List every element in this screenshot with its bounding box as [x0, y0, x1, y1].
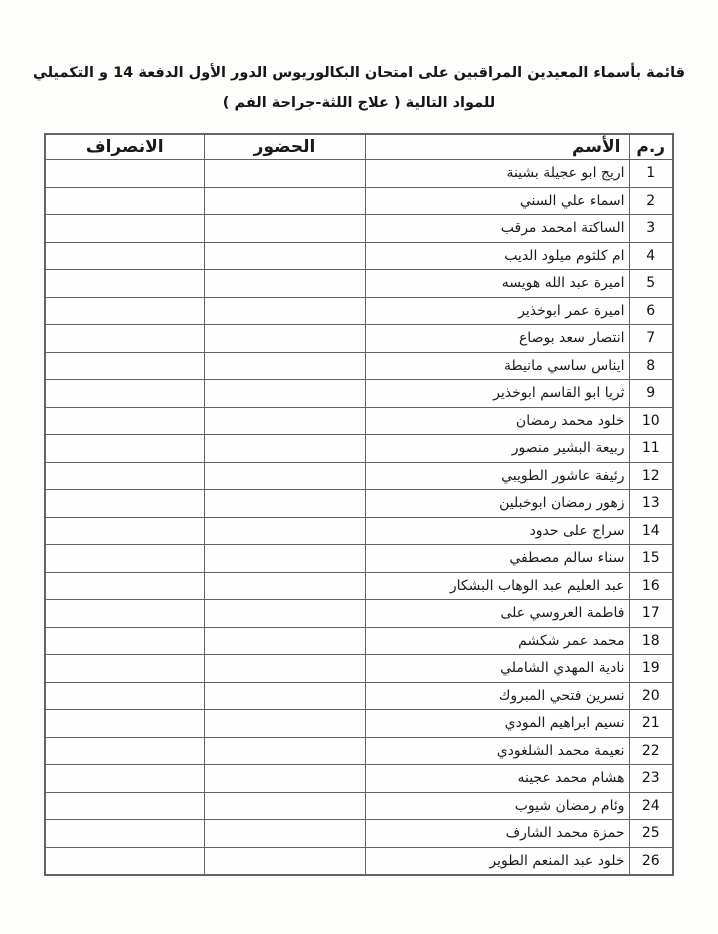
attendance-cell — [204, 187, 365, 215]
table-row: 22 نعيمة محمد الشلغودي — [45, 737, 673, 765]
attendance-cell — [204, 792, 365, 820]
table-row: 13 زهور رمضان ابوخبلين — [45, 490, 673, 518]
table-row: 11 ربيعة البشير منصور — [45, 435, 673, 463]
name-cell: زهور رمضان ابوخبلين — [365, 490, 629, 518]
row-number-cell: 11 — [629, 435, 673, 463]
attendance-cell — [204, 435, 365, 463]
name-cell: اسماء علي السني — [365, 187, 629, 215]
name-cell: ام كلثوم ميلود الديب — [365, 242, 629, 270]
name-cell: سناء سالم مصطفي — [365, 545, 629, 573]
attendance-cell — [204, 242, 365, 270]
row-number-cell: 3 — [629, 215, 673, 243]
row-number-cell: 19 — [629, 655, 673, 683]
departure-cell — [45, 407, 204, 435]
attendance-cell — [204, 655, 365, 683]
departure-cell — [45, 847, 204, 875]
departure-cell — [45, 792, 204, 820]
departure-cell — [45, 297, 204, 325]
table-row: 24 وئام رمضان شيوب — [45, 792, 673, 820]
departure-cell — [45, 462, 204, 490]
departure-cell — [45, 490, 204, 518]
table-row: 8 ايناس ساسي مانيطة — [45, 352, 673, 380]
departure-cell — [45, 325, 204, 353]
table-row: 2 اسماء علي السني — [45, 187, 673, 215]
name-cell: نسيم ابراهيم المودي — [365, 710, 629, 738]
departure-cell — [45, 737, 204, 765]
attendance-cell — [204, 820, 365, 848]
row-number-cell: 10 — [629, 407, 673, 435]
name-cell: اميرة عمر ابوخذير — [365, 297, 629, 325]
departure-cell — [45, 215, 204, 243]
attendance-cell — [204, 380, 365, 408]
table-row: 4 ام كلثوم ميلود الديب — [45, 242, 673, 270]
departure-cell — [45, 270, 204, 298]
name-cell: خلود محمد رمضان — [365, 407, 629, 435]
departure-cell — [45, 627, 204, 655]
attendance-cell — [204, 847, 365, 875]
table-row: 16 عبد العليم عبد الوهاب البشكار — [45, 572, 673, 600]
table-row: 19 نادية المهدي الشاملي — [45, 655, 673, 683]
attendance-cell — [204, 462, 365, 490]
row-number-cell: 9 — [629, 380, 673, 408]
departure-cell — [45, 435, 204, 463]
name-cell: نعيمة محمد الشلغودي — [365, 737, 629, 765]
name-cell: ثريا ابو القاسم ابوخذير — [365, 380, 629, 408]
row-number-cell: 1 — [629, 160, 673, 188]
name-cell: انتصار سعد بوصاع — [365, 325, 629, 353]
table-row: 10 خلود محمد رمضان — [45, 407, 673, 435]
table-row: 12 رئيفة عاشور الطويبي — [45, 462, 673, 490]
name-cell: سراج على حدود — [365, 517, 629, 545]
attendance-cell — [204, 710, 365, 738]
row-number-cell: 20 — [629, 682, 673, 710]
table-row: 25 حمزة محمد الشارف — [45, 820, 673, 848]
name-cell: نسرين فتحي المبروك — [365, 682, 629, 710]
name-cell: محمد عمر شكشم — [365, 627, 629, 655]
row-number-cell: 26 — [629, 847, 673, 875]
departure-cell — [45, 820, 204, 848]
departure-cell — [45, 545, 204, 573]
attendance-cell — [204, 490, 365, 518]
departure-cell — [45, 765, 204, 793]
departure-cell — [45, 572, 204, 600]
row-number-cell: 8 — [629, 352, 673, 380]
row-number-cell: 16 — [629, 572, 673, 600]
roster-table-body: 1 اريج ابو عجيلة بشينة 2 اسماء علي السني… — [45, 160, 673, 876]
departure-cell — [45, 710, 204, 738]
attendance-cell — [204, 270, 365, 298]
row-number-cell: 5 — [629, 270, 673, 298]
attendance-cell — [204, 352, 365, 380]
attendance-cell — [204, 297, 365, 325]
row-number-cell: 24 — [629, 792, 673, 820]
attendance-cell — [204, 545, 365, 573]
name-cell: نادية المهدي الشاملي — [365, 655, 629, 683]
table-row: 18 محمد عمر شكشم — [45, 627, 673, 655]
name-cell: عبد العليم عبد الوهاب البشكار — [365, 572, 629, 600]
row-number-cell: 13 — [629, 490, 673, 518]
attendance-cell — [204, 407, 365, 435]
table-row: 1 اريج ابو عجيلة بشينة — [45, 160, 673, 188]
scanned-document-page: قائمة بأسماء المعيدين المراقبين على امتح… — [0, 0, 718, 934]
row-number-cell: 22 — [629, 737, 673, 765]
column-header-attendance: الحضور — [204, 134, 365, 160]
row-number-cell: 4 — [629, 242, 673, 270]
table-row: 26 خلود عبد المنعم الطوير — [45, 847, 673, 875]
name-cell: رئيفة عاشور الطويبي — [365, 462, 629, 490]
attendance-cell — [204, 682, 365, 710]
name-cell: اميرة عبد الله هويسه — [365, 270, 629, 298]
row-number-cell: 2 — [629, 187, 673, 215]
departure-cell — [45, 380, 204, 408]
column-header-name: الأسم — [365, 134, 629, 160]
attendance-cell — [204, 215, 365, 243]
table-row: 5 اميرة عبد الله هويسه — [45, 270, 673, 298]
document-title-line2: للمواد التالية ( علاج اللثة-جراحة الفم ) — [0, 88, 718, 118]
name-cell: حمزة محمد الشارف — [365, 820, 629, 848]
name-cell: فاطمة العروسي على — [365, 600, 629, 628]
departure-cell — [45, 187, 204, 215]
document-title: قائمة بأسماء المعيدين المراقبين على امتح… — [0, 0, 718, 118]
departure-cell — [45, 352, 204, 380]
departure-cell — [45, 600, 204, 628]
name-cell: وئام رمضان شيوب — [365, 792, 629, 820]
row-number-cell: 15 — [629, 545, 673, 573]
attendance-cell — [204, 737, 365, 765]
table-header-row: ر.م الأسم الحضور الانصراف — [45, 134, 673, 160]
invigilators-roster-table: ر.م الأسم الحضور الانصراف 1 اريج ابو عجي… — [44, 133, 674, 876]
attendance-cell — [204, 765, 365, 793]
attendance-cell — [204, 517, 365, 545]
departure-cell — [45, 517, 204, 545]
name-cell: ربيعة البشير منصور — [365, 435, 629, 463]
table-row: 3 الساكتة امحمد مرقب — [45, 215, 673, 243]
column-header-departure: الانصراف — [45, 134, 204, 160]
table-row: 9 ثريا ابو القاسم ابوخذير — [45, 380, 673, 408]
attendance-cell — [204, 325, 365, 353]
attendance-cell — [204, 627, 365, 655]
row-number-cell: 23 — [629, 765, 673, 793]
departure-cell — [45, 160, 204, 188]
table-row: 15 سناء سالم مصطفي — [45, 545, 673, 573]
table-row: 17 فاطمة العروسي على — [45, 600, 673, 628]
attendance-cell — [204, 600, 365, 628]
document-title-line1: قائمة بأسماء المعيدين المراقبين على امتح… — [0, 58, 718, 88]
attendance-cell — [204, 572, 365, 600]
departure-cell — [45, 655, 204, 683]
table-row: 21 نسيم ابراهيم المودي — [45, 710, 673, 738]
name-cell: خلود عبد المنعم الطوير — [365, 847, 629, 875]
row-number-cell: 14 — [629, 517, 673, 545]
row-number-cell: 17 — [629, 600, 673, 628]
name-cell: ايناس ساسي مانيطة — [365, 352, 629, 380]
row-number-cell: 7 — [629, 325, 673, 353]
table-row: 7 انتصار سعد بوصاع — [45, 325, 673, 353]
row-number-cell: 21 — [629, 710, 673, 738]
name-cell: الساكتة امحمد مرقب — [365, 215, 629, 243]
attendance-cell — [204, 160, 365, 188]
table-row: 14 سراج على حدود — [45, 517, 673, 545]
table-row: 20 نسرين فتحي المبروك — [45, 682, 673, 710]
row-number-cell: 12 — [629, 462, 673, 490]
column-header-number: ر.م — [629, 134, 673, 160]
row-number-cell: 6 — [629, 297, 673, 325]
row-number-cell: 25 — [629, 820, 673, 848]
departure-cell — [45, 242, 204, 270]
table-row: 23 هشام محمد عجينه — [45, 765, 673, 793]
name-cell: اريج ابو عجيلة بشينة — [365, 160, 629, 188]
departure-cell — [45, 682, 204, 710]
table-row: 6 اميرة عمر ابوخذير — [45, 297, 673, 325]
row-number-cell: 18 — [629, 627, 673, 655]
name-cell: هشام محمد عجينه — [365, 765, 629, 793]
